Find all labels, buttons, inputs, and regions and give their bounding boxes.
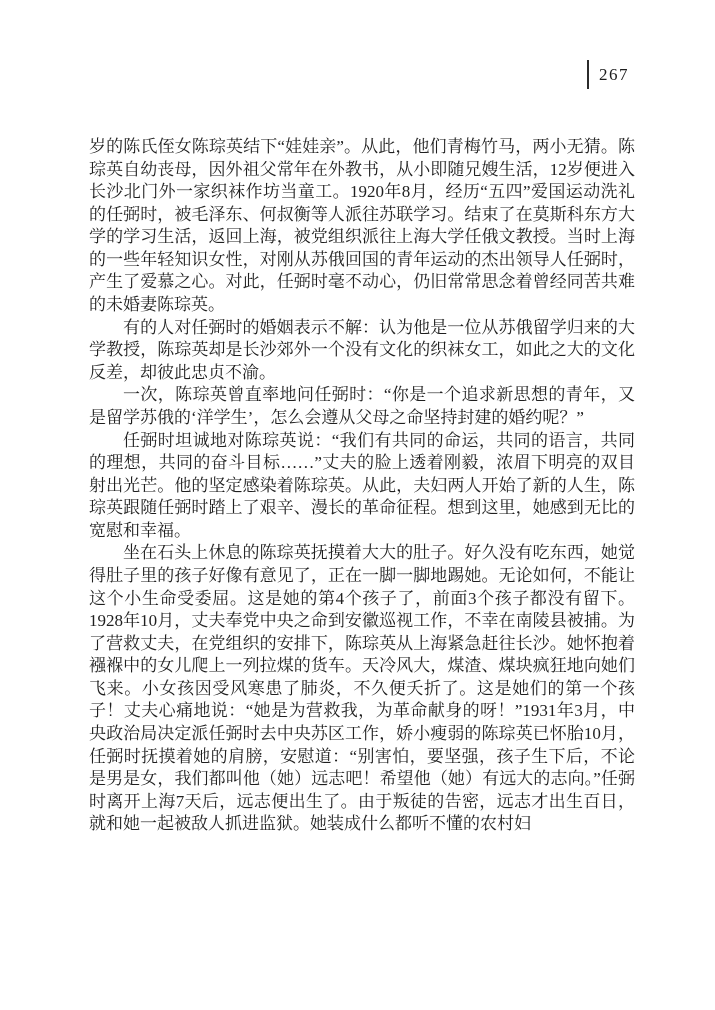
paragraph: 坐在石头上休息的陈琮英抚摸着大大的肚子。好久没有吃东西，她觉得肚子里的孩子好像有… [89,542,635,836]
book-page: 267 岁的陈氏侄女陈琮英结下“娃娃亲”。从此，他们青梅竹马，两小无猜。陈琮英自… [0,0,715,1010]
body-text: 岁的陈氏侄女陈琮英结下“娃娃亲”。从此，他们青梅竹马，两小无猜。陈琮英自幼丧母，… [89,136,635,836]
page-number: 267 [599,60,629,89]
paragraph: 任弼时坦诚地对陈琮英说：“我们有共同的命运，共同的语言，共同的理想，共同的奋斗目… [89,430,635,543]
paragraph-continuation: 岁的陈氏侄女陈琮英结下“娃娃亲”。从此，他们青梅竹马，两小无猜。陈琮英自幼丧母，… [89,136,635,317]
page-number-divider [587,60,589,89]
page-header: 267 [587,60,629,89]
paragraph: 有的人对任弼时的婚姻表示不解：认为他是一位从苏俄留学归来的大学教授，陈琮英却是长… [89,317,635,385]
paragraph: 一次，陈琮英曾直率地问任弼时：“你是一个追求新思想的青年，又是留学苏俄的‘洋学生… [89,384,635,429]
